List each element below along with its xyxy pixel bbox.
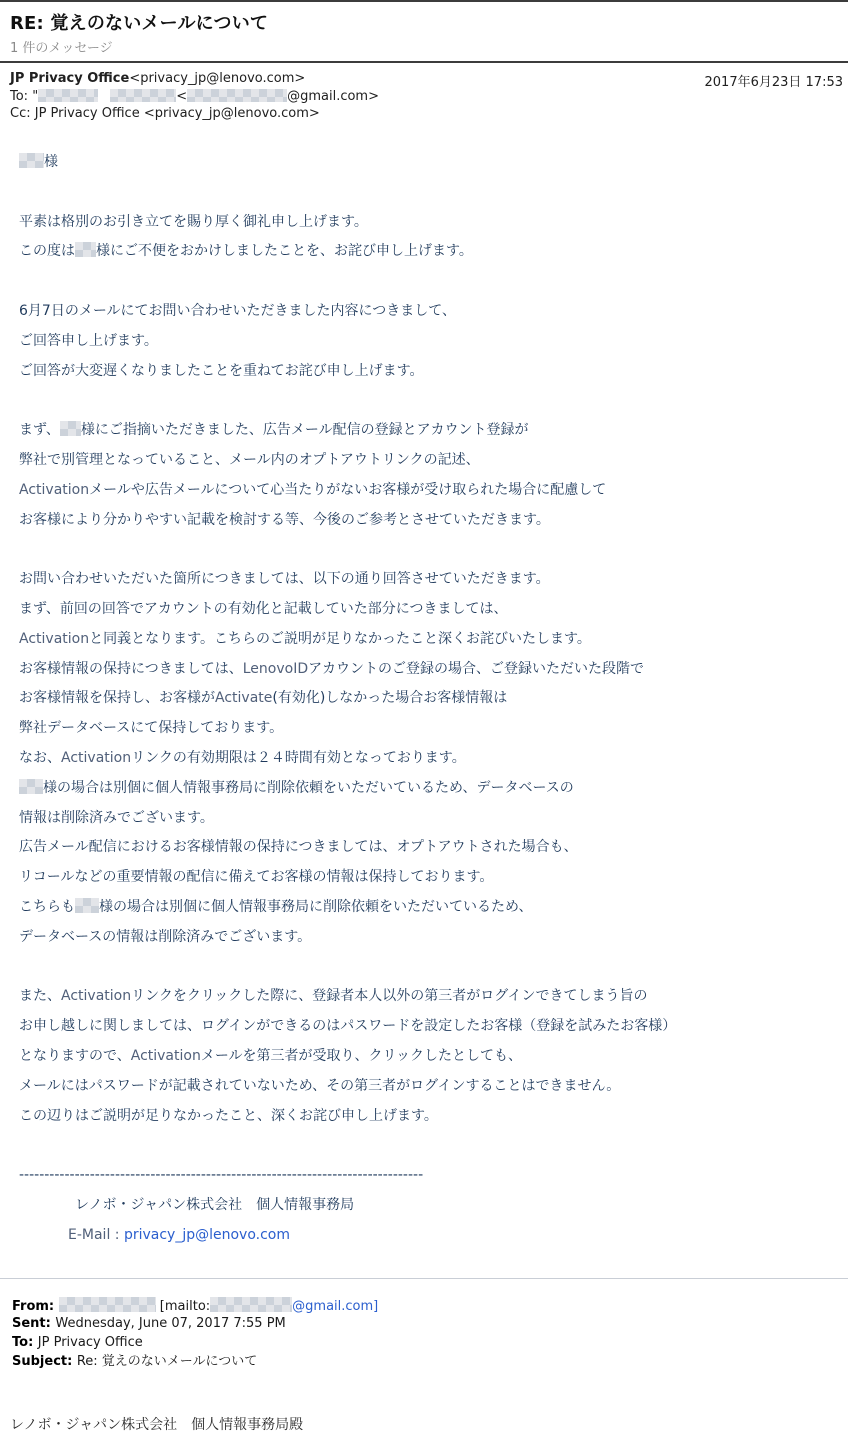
quoted-header-line: To: JP Privacy Office: [12, 1335, 378, 1354]
top-divider: [0, 0, 848, 2]
redacted-text: [210, 1297, 292, 1312]
email-link[interactable]: privacy_jp@lenovo.com: [124, 1227, 290, 1243]
body-line: この度は様にご不便をおかけしましたことを、お詫び申し上げます。: [19, 241, 848, 271]
redacted-text: [60, 421, 81, 436]
redacted-text: [38, 89, 98, 102]
page-title: RE: 覚えのないメールについて: [10, 9, 268, 35]
text-run: Activation: [19, 631, 89, 647]
text-run: 平素は格別のお引き立てを賜り厚く御礼申し上げます。: [19, 214, 368, 230]
text-run: メールや広告メールについて心当たりがないお客様が受け取られた場合に配慮して: [89, 482, 606, 498]
body-line: [19, 271, 848, 301]
quoted-divider: [0, 1278, 848, 1279]
body-line: Activationと同義となります。こちらのご説明が足りなかったこと深くお詫び…: [19, 629, 848, 659]
body-line: ご回答が大変遅くなりましたことを重ねてお詫び申し上げます。: [19, 361, 848, 391]
text-run: まず、前回の回答でアカウントの有効化と記載していた部分につきましては、: [19, 601, 507, 617]
text-run: Activation: [61, 988, 131, 1004]
message-body: 様平素は格別のお引き立てを賜り厚く御礼申し上げます。この度は様にご不便をおかけし…: [19, 152, 848, 1254]
text-run: レノボ・ジャパン株式会社 個人情報事務局: [75, 1197, 354, 1213]
text-run: 広告メール配信におけるお客様情報の保持につきましては、オプトアウトされた場合も、: [19, 839, 578, 855]
text-run: ご回答申し上げます。: [19, 333, 158, 349]
text-run: Re: 覚えのないメールについて: [77, 1354, 257, 1369]
body-line: ご回答申し上げます。: [19, 331, 848, 361]
text-run: お申し越しに関しましては、ログインができるのはパスワードを設定したお客様（登録を…: [19, 1018, 676, 1034]
message-header: JP Privacy Office <privacy_jp@lenovo.com…: [10, 71, 843, 124]
text-run: LenovoID: [243, 661, 308, 677]
text-run: また、: [19, 988, 61, 1004]
text-run: Activate: [215, 690, 272, 706]
text-run: 様の場合は別個に個人情報事務局に削除依頼をいただいているため、データベースの: [43, 780, 574, 796]
message-date: 2017年6月23日 17:53: [705, 71, 844, 90]
text-run: 様: [44, 154, 58, 170]
text-run: 弊社で別管理となっていること、メール内のオプトアウトリンクの記述、: [19, 452, 480, 468]
body-line: なお、Activationリンクの有効期限は２４時間有効となっております。: [19, 748, 848, 778]
text-run: お問い合わせいただいた箇所につきましては、以下の通り回答させていただきます。: [19, 571, 550, 587]
cc-line: Cc: JP Privacy Office <privacy_jp@lenovo…: [10, 106, 843, 124]
body-line: [19, 1135, 848, 1165]
text-run: From:: [12, 1299, 59, 1314]
quoted-header-line: From: [mailto:@gmail.com]: [12, 1297, 378, 1316]
body-line: リコールなどの重要情報の配信に備えてお客様の情報は保持しております。: [19, 867, 848, 897]
body-line: レノボ・ジャパン株式会社 個人情報事務局: [19, 1195, 848, 1225]
sender-email: <privacy_jp@lenovo.com>: [129, 71, 305, 86]
to-line: To: " <@gmail.com>: [10, 89, 843, 107]
text-run: メールにはパスワードが記載されていないため、その第三者がログインすることはできま…: [19, 1078, 620, 1094]
text-run: Subject:: [12, 1354, 77, 1369]
body-line: [19, 539, 848, 569]
body-line: お問い合わせいただいた箇所につきましては、以下の通り回答させていただきます。: [19, 569, 848, 599]
body-line: 6月7日のメールにてお問い合わせいただきました内容につきまして、: [19, 301, 848, 331]
body-line: [19, 957, 848, 987]
text-run: この度は: [19, 243, 75, 259]
quoted-salutation: レノボ・ジャパン株式会社 個人情報事務局殿: [10, 1414, 303, 1434]
body-line: 様の場合は別個に個人情報事務局に削除依頼をいただいているため、データベースの: [19, 778, 848, 808]
redacted-text: [75, 898, 99, 913]
text-run: ----------------------------------------…: [19, 1167, 423, 1183]
redacted-text: [59, 1297, 156, 1312]
text-run: お客様情報の保持につきましては、: [19, 661, 243, 677]
body-line: 弊社データベースにて保持しております。: [19, 718, 848, 748]
text-run: この辺りはご説明が足りなかったこと、深くお詫び申し上げます。: [19, 1108, 438, 1124]
text-run: E-Mail :: [68, 1227, 124, 1243]
text-run: 様にご指摘いただきました、広告メール配信の登録とアカウント登録が: [81, 422, 529, 438]
sender-row: JP Privacy Office <privacy_jp@lenovo.com…: [10, 71, 843, 89]
body-line: 情報は削除済みでございます。: [19, 808, 848, 838]
text-run: リンクの有効期限は２４時間有効となっております。: [131, 750, 466, 766]
redacted-text: [187, 89, 287, 102]
text-run: To:: [12, 1335, 38, 1350]
text-run: Sent:: [12, 1316, 55, 1331]
text-run: と同義となります。こちらのご説明が足りなかったこと深くお詫びいたします。: [89, 631, 591, 647]
text-run: なお、: [19, 750, 61, 766]
text-run: こちらも: [19, 899, 75, 915]
quoted-header-line: Sent: Wednesday, June 07, 2017 7:55 PM: [12, 1316, 378, 1335]
redacted-text: [110, 89, 176, 102]
text-run: @gmail.com>: [287, 89, 379, 104]
header-divider: [0, 61, 848, 63]
email-link[interactable]: @gmail.com]: [292, 1299, 378, 1314]
body-line: [19, 182, 848, 212]
text-run: 情報は削除済みでございます。: [19, 810, 214, 826]
quoted-header: From: [mailto:@gmail.com]Sent: Wednesday…: [12, 1297, 378, 1373]
redacted-text: [75, 242, 96, 257]
redacted-text: [19, 153, 44, 168]
text-run: Wednesday, June 07, 2017 7:55 PM: [55, 1316, 285, 1331]
text-run: 6月7日のメールにてお問い合わせいただきました内容につきまして、: [19, 303, 456, 319]
body-line: 広告メール配信におけるお客様情報の保持につきましては、オプトアウトされた場合も、: [19, 837, 848, 867]
text-run: 様の場合は別個に個人情報事務局に削除依頼をいただいているため、: [99, 899, 532, 915]
text-run: ご回答が大変遅くなりましたことを重ねてお詫び申し上げます。: [19, 363, 424, 379]
body-line: ----------------------------------------…: [19, 1165, 848, 1195]
body-line: 平素は格別のお引き立てを賜り厚く御礼申し上げます。: [19, 212, 848, 242]
email-print-page: RE: 覚えのないメールについて 1 件のメッセージ JP Privacy Of…: [0, 0, 848, 1439]
text-run: リコールなどの重要情報の配信に備えてお客様の情報は保持しております。: [19, 869, 493, 885]
body-line: [19, 390, 848, 420]
quoted-header-line: Subject: Re: 覚えのないメールについて: [12, 1354, 378, 1373]
text-run: アカウントのご登録の場合、ご登録いただいた段階で: [308, 661, 644, 677]
body-line: こちらも様の場合は別個に個人情報事務局に削除依頼をいただいているため、: [19, 897, 848, 927]
text-run: (有効化)しなかった場合お客様情報は: [272, 690, 507, 706]
body-line: となりますので、Activationメールを第三者が受取り、クリックしたとしても…: [19, 1046, 848, 1076]
text-run: メールを第三者が受取り、クリックしたとしても、: [201, 1048, 522, 1064]
text-run: <: [176, 89, 187, 104]
text-run: リンクをクリックした際に、登録者本人以外の第三者がログインできてしまう旨の: [131, 988, 647, 1004]
body-line: また、Activationリンクをクリックした際に、登録者本人以外の第三者がログ…: [19, 986, 848, 1016]
text-run: お客様情報を保持し、お客様が: [19, 690, 215, 706]
text-run: 弊社データベースにて保持しております。: [19, 720, 283, 736]
body-line: E-Mail : privacy_jp@lenovo.com: [19, 1225, 848, 1255]
text-run: データベースの情報は削除済みでございます。: [19, 929, 311, 945]
text-run: となりますので、: [19, 1048, 131, 1064]
body-line: お客様により分かりやすい記載を検討する等、今後のご参考とさせていただきます。: [19, 510, 848, 540]
text-run: お客様により分かりやすい記載を検討する等、今後のご参考とさせていただきます。: [19, 512, 550, 528]
text-run: まず、: [19, 422, 60, 438]
body-line: お客様情報の保持につきましては、LenovoIDアカウントのご登録の場合、ご登録…: [19, 659, 848, 689]
body-line: お客様情報を保持し、お客様がActivate(有効化)しなかった場合お客様情報は: [19, 688, 848, 718]
body-line: 弊社で別管理となっていること、メール内のオプトアウトリンクの記述、: [19, 450, 848, 480]
text-run: 様にご不便をおかけしましたことを、お詫び申し上げます。: [96, 243, 473, 259]
body-line: 様: [19, 152, 848, 182]
redacted-text: [19, 779, 43, 794]
body-line: まず、前回の回答でアカウントの有効化と記載していた部分につきましては、: [19, 599, 848, 629]
body-line: メールにはパスワードが記載されていないため、その第三者がログインすることはできま…: [19, 1076, 848, 1106]
text-run: To: ": [10, 89, 38, 104]
text-run: Activation: [61, 750, 131, 766]
text-run: Activation: [131, 1048, 201, 1064]
body-line: Activationメールや広告メールについて心当たりがないお客様が受け取られた…: [19, 480, 848, 510]
text-run: JP Privacy Office: [38, 1335, 143, 1350]
body-line: データベースの情報は削除済みでございます。: [19, 927, 848, 957]
text-run: [mailto:: [156, 1299, 211, 1314]
body-line: まず、様にご指摘いただきました、広告メール配信の登録とアカウント登録が: [19, 420, 848, 450]
message-count: 1 件のメッセージ: [10, 37, 113, 56]
text-run: Activation: [19, 482, 89, 498]
body-line: この辺りはご説明が足りなかったこと、深くお詫び申し上げます。: [19, 1106, 848, 1136]
sender-name: JP Privacy Office: [10, 71, 129, 86]
body-line: お申し越しに関しましては、ログインができるのはパスワードを設定したお客様（登録を…: [19, 1016, 848, 1046]
